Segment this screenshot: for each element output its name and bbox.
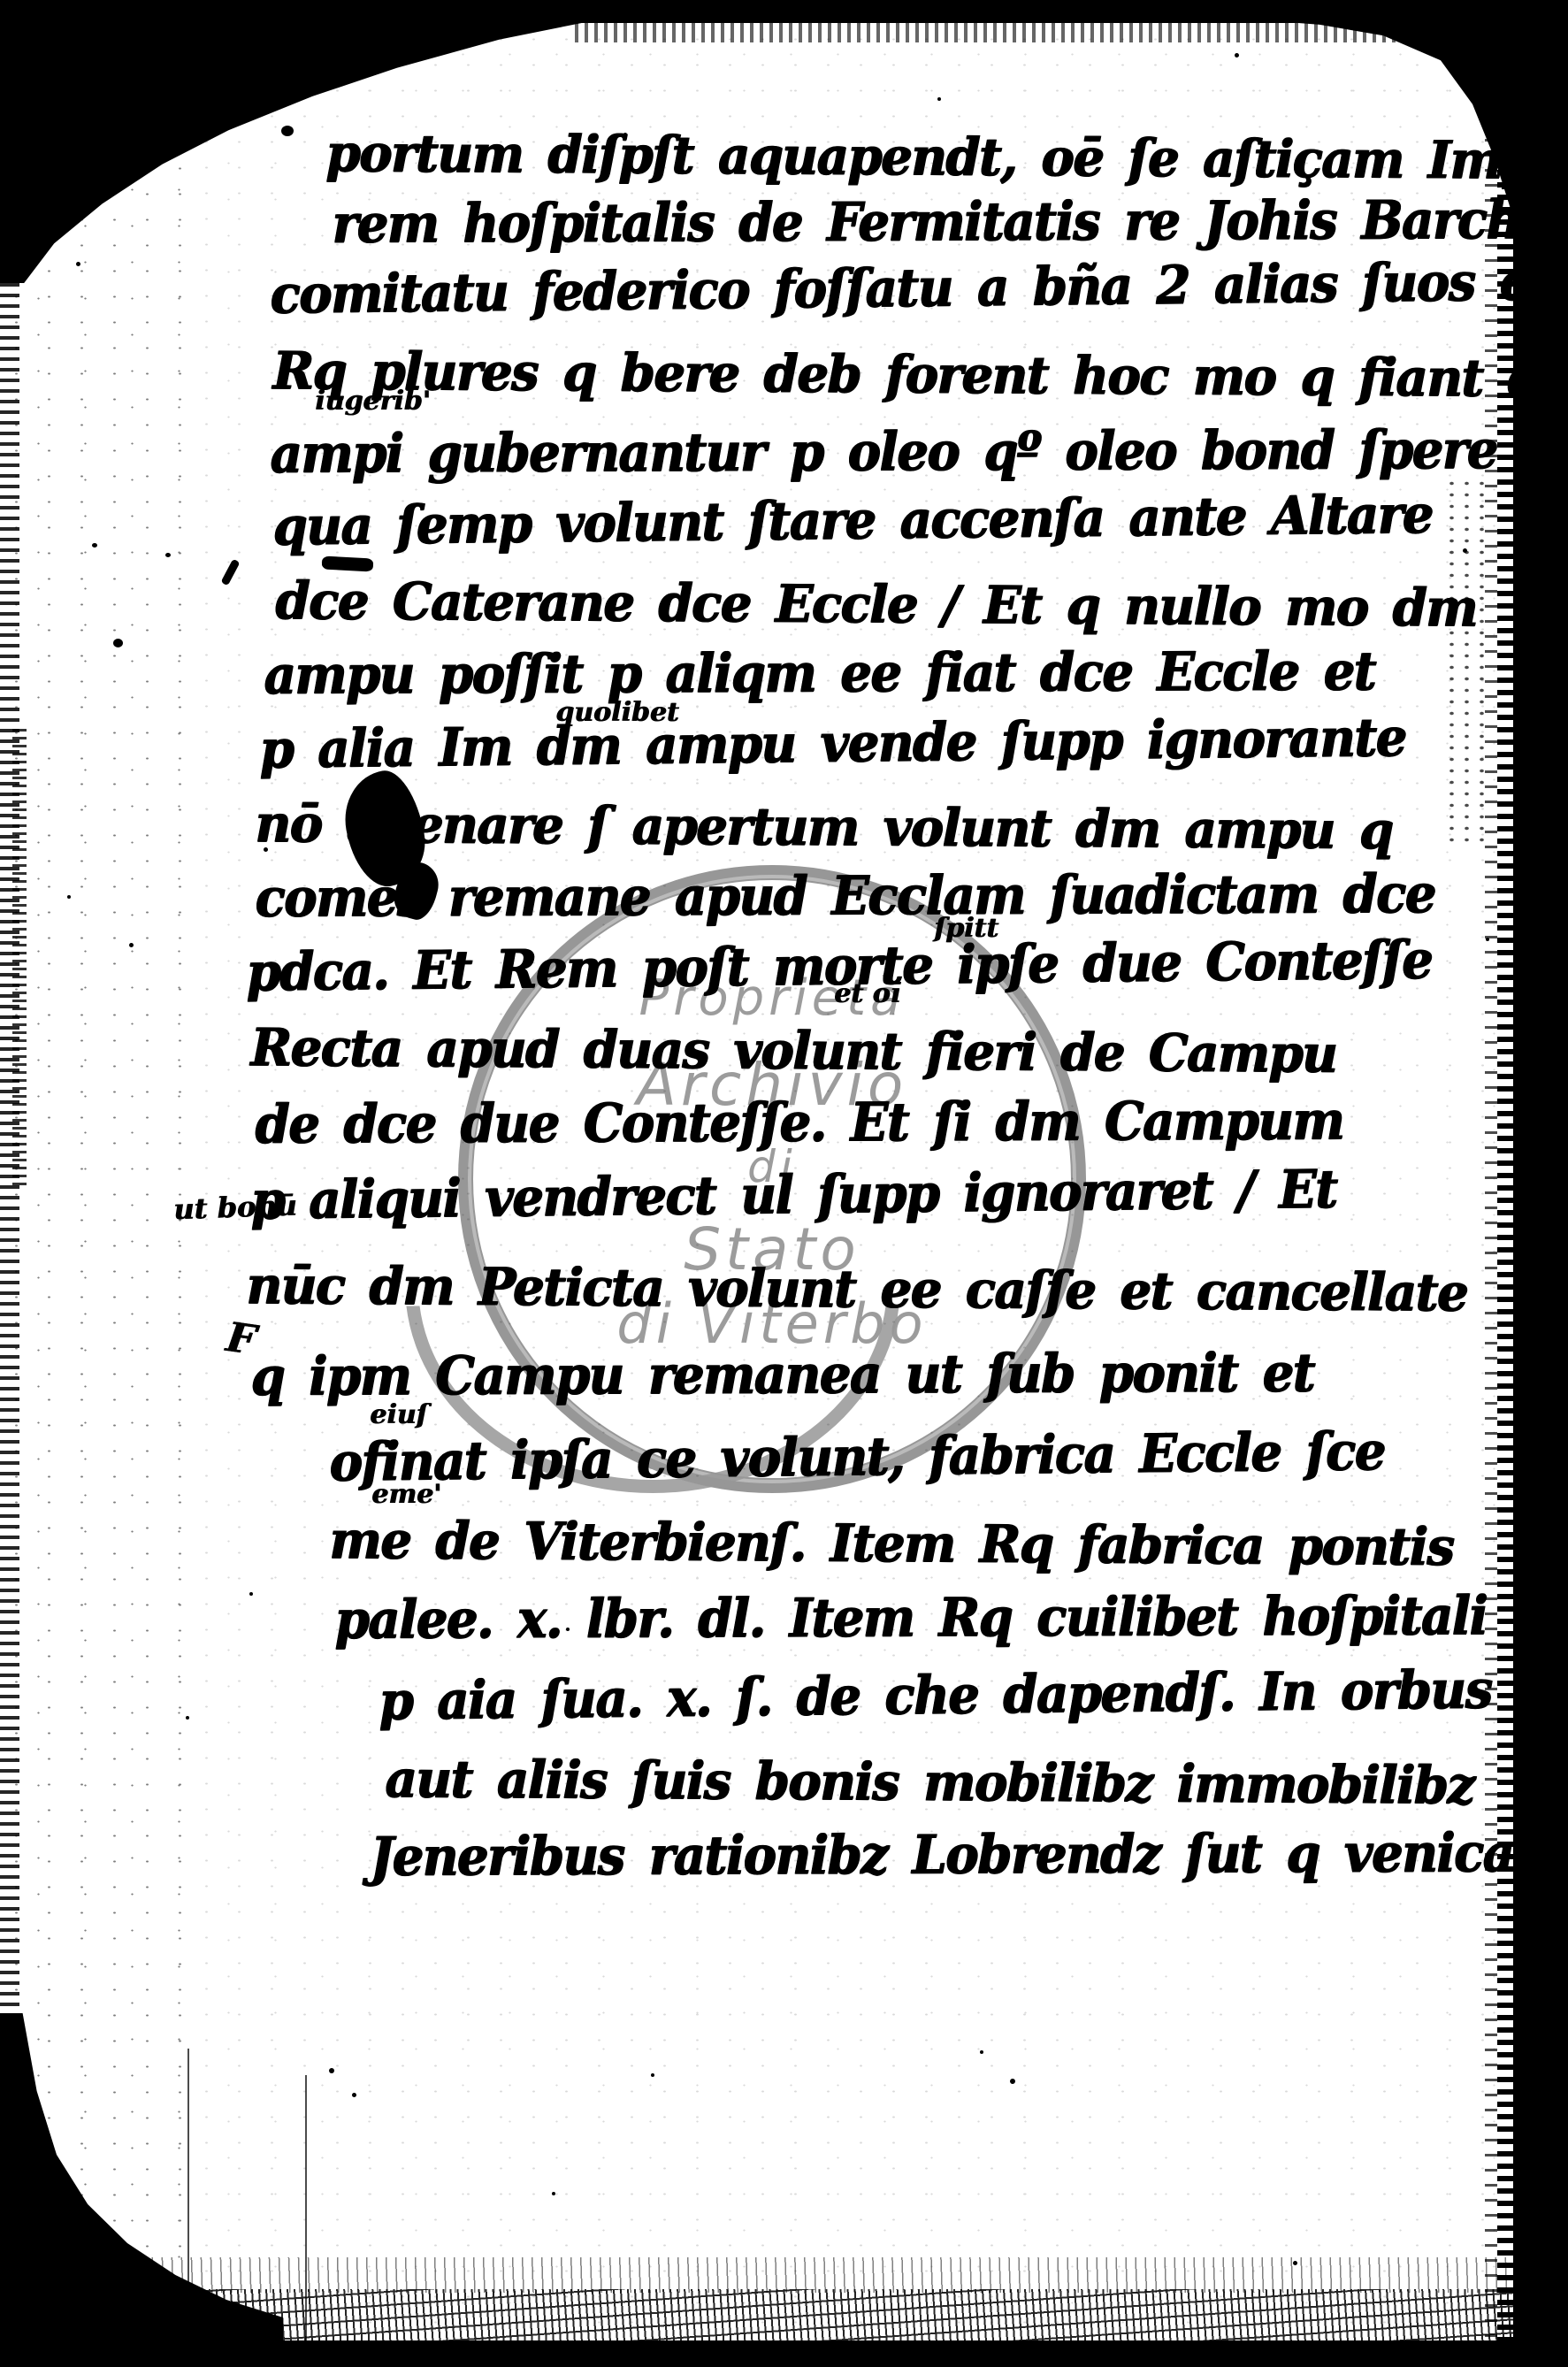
manuscript-line: nō alienare ſ apertum volunt dm ampu q [255, 793, 1392, 861]
scan-border-bottom-grunge [71, 2289, 1568, 2348]
manuscript-line: p aia ſua. x. ſ. de che dapendſ. In orbu… [379, 1658, 1492, 1732]
manuscript-line: Recta apud duas volunt fieri de Campu [250, 1017, 1336, 1084]
ink-speck [264, 847, 268, 852]
manuscript-line: q ipm Campu remanea ut ſub ponit et [250, 1341, 1314, 1407]
manuscript-line: aut aliis ſuis bonis mobilibz immobilibz [385, 1749, 1474, 1816]
ink-dot [281, 126, 294, 136]
manuscript-line: de dce due Conteſſe. Et ſi dm Campum [255, 1089, 1343, 1155]
scan-border-right-fringe [1497, 0, 1518, 2367]
manuscript-ink-layer: portum diſpſt aquapendt, oē ſe aſtiçam I… [0, 0, 1568, 2367]
manuscript-line: me de Viterbienſ. Item Rq fabrica pontis [329, 1510, 1453, 1577]
scan-border-right-speckle [1444, 478, 1494, 849]
manuscript-line: dce Caterane dce Eccle / Et q nullo mo d… [275, 571, 1477, 639]
interlinear-insertion: ſpitt [934, 913, 998, 944]
ink-speck [1235, 53, 1239, 57]
manuscript-line: Rq plures q bere deb forent hoc mo q fia… [272, 341, 1568, 410]
manuscript-line: ampi gubernantur p oleo qº oleo bond ſpe… [270, 418, 1497, 485]
scan-streak [305, 2075, 307, 2340]
margin-mark: F [223, 1313, 258, 1364]
manuscript-line: p alia Im dm ampu vende ſupp ignorante [259, 706, 1406, 780]
manuscript-line: qua ſemp volunt ſtare accenſa ante Altar… [272, 483, 1433, 557]
ink-speck [623, 133, 627, 136]
manuscript-line: ampu poſſit p aliqm ee fiat dce Eccle et [264, 640, 1375, 706]
ink-speck [76, 262, 80, 266]
scan-streak [187, 2049, 189, 2340]
manuscript-line: Jeneribus rationibz Lobrendz ſut q venic… [370, 1821, 1513, 1888]
ink-speck [249, 1592, 253, 1596]
manuscript-line: portum diſpſt aquapendt, oē ſe aſtiçam I… [325, 123, 1534, 191]
margin-dash-mark [322, 555, 374, 571]
scan-border-left-fringe [12, 725, 27, 1185]
manuscript-line: nūc dm Peticta volunt ee caſſe et cancel… [246, 1255, 1467, 1323]
ink-speck [67, 895, 71, 899]
scan-border-top-fringe [575, 21, 1442, 42]
manuscript-line: comitatu federico foſſatu a bña 2 alias … [270, 249, 1568, 326]
ink-speck [113, 639, 123, 647]
interlinear-insertion: quolibet [555, 697, 679, 728]
margin-note: ut bonū [172, 1189, 297, 1227]
ink-speck [1010, 2079, 1015, 2084]
manuscript-line: rem hoſpitalis de Fermitatis re Johis Ba… [332, 188, 1552, 255]
interlinear-insertion: iugerib' [315, 386, 431, 417]
ink-speck [352, 2093, 356, 2097]
interlinear-insertion: eme' [371, 1479, 441, 1510]
interlinear-insertion: eiuſ [370, 1399, 427, 1430]
ink-speck [129, 943, 134, 947]
interlinear-insertion: et oī [834, 978, 900, 1009]
manuscript-text-block: portum diſpſt aquapendt, oē ſe aſtiçam I… [0, 0, 1568, 2367]
scan-border-bottom-grunge [124, 2257, 1568, 2293]
ink-speck [552, 2192, 555, 2195]
ink-speck [165, 553, 171, 557]
ink-speck [937, 97, 941, 101]
ink-speck [566, 1628, 570, 1631]
manuscript-line: ofinat ipſa ce volunt, fabrica Eccle ſce [329, 1421, 1385, 1493]
manuscript-line: palee. x. lbr. dl. Item Rq cuilibet hoſp… [334, 1584, 1487, 1651]
manuscript-line: p aliqui vendrect ul ſupp ignoraret / Et [250, 1158, 1337, 1231]
ink-speck [186, 1716, 189, 1720]
scan-border-right-fringe [1485, 0, 1497, 2367]
ink-speck [329, 2068, 334, 2073]
ink-speck [651, 2073, 654, 2077]
ink-speck [92, 543, 97, 548]
scan-border-right [1513, 0, 1568, 2367]
ink-speck [980, 2050, 983, 2054]
scanned-manuscript-page: Proprietà Archivio di Stato di Viterbo p… [0, 0, 1568, 2367]
